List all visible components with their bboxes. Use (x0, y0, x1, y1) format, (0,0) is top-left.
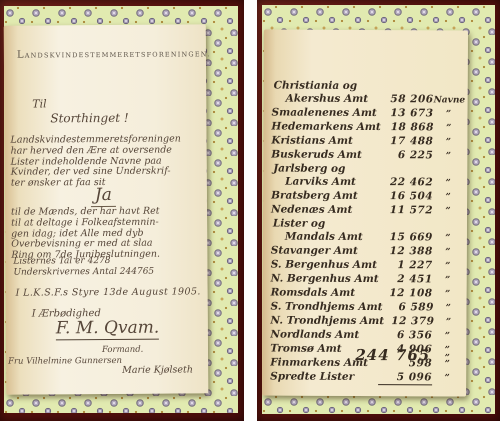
total-unit-ditto: ” (432, 352, 462, 365)
tally-sheet: Christiania og Akershus Amt 58 206 Navne… (262, 29, 468, 396)
scanned-document-spread: LANDSKVINDESTEMMERETSFORENINGEN. Til Sto… (0, 0, 500, 421)
unit-ditto: ” (434, 316, 462, 329)
signature-title: Formand. (102, 345, 143, 355)
salutation-line2: Storthinget ! (50, 111, 128, 126)
list-row: Smaalenenes Amt 13 673 ” (271, 107, 463, 122)
list-row: Spredte Lister 5 096 ” (270, 371, 462, 386)
county-group-prefix: Jarlsberg og (271, 163, 463, 177)
signature-count: 1 227 (379, 259, 433, 272)
unit-ditto: Navne (434, 94, 464, 107)
signature-qvam: F. M. Qvam. (56, 318, 160, 341)
counts-lines: Listernes Tal er 4278 Underskrivernes An… (13, 256, 154, 279)
letter-sheet: LANDSKVINDESTEMMERETSFORENINGEN. Til Sto… (4, 24, 209, 394)
list-row: Mandals Amt 15 669 ” (271, 231, 463, 246)
county-name: Smaalenenes Amt (271, 107, 379, 121)
list-entry: Christiania og Akershus Amt 58 206 Navne (272, 80, 464, 108)
list-row: Romsdals Amt 12 108 ” (271, 287, 463, 302)
letterhead: LANDSKVINDESTEMMERETSFORENINGEN. (17, 48, 211, 60)
signature-count: 13 673 (379, 107, 433, 120)
unit-ditto: ” (433, 260, 463, 273)
list-row: Nordlands Amt 6 356 ” (270, 329, 462, 344)
signature-count: 15 669 (379, 231, 433, 244)
signature-count: 22 462 (379, 176, 433, 189)
total-signatures: 244 765 (355, 348, 432, 362)
signature-count: 58 206 (380, 93, 434, 106)
county-name: Mandals Amt (271, 231, 379, 245)
list-entry: Nedenæs Amt 11 572 ” (271, 204, 463, 219)
list-entry: Stavanger Amt 12 388 ” (271, 245, 463, 260)
signature-count: 12 379 (384, 315, 434, 328)
signature-count: 18 868 (381, 121, 434, 134)
list-row: Buskeruds Amt 6 225 ” (271, 149, 463, 164)
list-row: Larviks Amt 22 462 ” (271, 176, 463, 191)
dateline: I L.K.S.F.s Styre 13de August 1905. (16, 286, 201, 298)
list-entry: Spredte Lister 5 096 ” (270, 371, 462, 386)
list-entry: Nordlands Amt 6 356 ” (270, 329, 462, 344)
unit-ditto: ” (433, 232, 463, 245)
body-paragraph-2: til de Mænds, der har havt Ret til at de… (11, 206, 201, 261)
county-name: N. Bergenhus Amt (271, 273, 379, 287)
county-name: Kristians Amt (271, 135, 379, 149)
list-row: Kristians Amt 17 488 ” (271, 135, 463, 150)
unit-ditto: ” (432, 372, 462, 385)
county-name: Larviks Amt (271, 176, 379, 190)
list-entry: Jarlsberg og Larviks Amt 22 462 ” (271, 163, 463, 191)
unit-ditto: ” (433, 246, 463, 259)
list-entry: Lister og Mandals Amt 15 669 ” (271, 218, 463, 246)
list-row: Stavanger Amt 12 388 ” (271, 245, 463, 260)
county-name: Akershus Amt (272, 93, 380, 107)
unit-ditto: ” (433, 205, 463, 218)
county-group-prefix: Lister og (271, 218, 463, 232)
signature-count: 6 356 (378, 329, 432, 342)
left-page-photo: LANDSKVINDESTEMMERETSFORENINGEN. Til Sto… (0, 0, 244, 421)
list-entry: Kristians Amt 17 488 ” (271, 135, 463, 150)
list-entry: S. Bergenhus Amt 1 227 ” (271, 259, 463, 274)
county-name: Hedemarkens Amt (271, 121, 380, 135)
unit-ditto: ” (433, 288, 463, 301)
signature-count: 5 096 (378, 371, 432, 385)
signature-count: 6 225 (379, 149, 433, 162)
list-entry: Romsdals Amt 12 108 ” (271, 287, 463, 302)
list-row: S. Trondhjems Amt 6 589 ” (270, 301, 462, 316)
list-row: S. Bergenhus Amt 1 227 ” (271, 259, 463, 274)
county-name: S. Bergenhus Amt (271, 259, 379, 273)
list-row: Bratsberg Amt 16 504 ” (271, 190, 463, 205)
ja-word: Ja (91, 185, 116, 207)
unit-ditto: ” (433, 136, 463, 149)
list-entry: Bratsberg Amt 16 504 ” (271, 190, 463, 205)
unit-ditto: ” (432, 330, 462, 343)
signature-count: 17 488 (379, 135, 433, 148)
signature-count: 11 572 (379, 204, 433, 217)
list-row: Akershus Amt 58 206 Navne (272, 93, 464, 108)
list-row: N. Trondhjems Amt 12 379 ” (270, 315, 462, 330)
list-entry: Buskeruds Amt 6 225 ” (271, 149, 463, 164)
signature-count: 12 108 (379, 287, 433, 300)
unit-ditto: ” (434, 302, 463, 315)
county-name: Nedenæs Amt (271, 204, 379, 218)
unit-ditto: ” (433, 150, 463, 163)
county-group-prefix: Christiania og (272, 80, 464, 94)
total-row: 244 765 ” (270, 348, 462, 366)
body-paragraph-1: Landskvindestemmeretsforeningen har herv… (10, 134, 200, 189)
unit-ditto: ” (433, 108, 463, 121)
county-signature-list: Christiania og Akershus Amt 58 206 Navne… (270, 80, 464, 386)
county-name: Romsdals Amt (271, 287, 379, 301)
county-name: N. Trondhjems Amt (270, 315, 384, 329)
signature-left: Fru Vilhelmine Gunnersen (8, 356, 122, 367)
list-entry: Hedemarkens Amt 18 868 ” (271, 121, 463, 136)
list-entry: S. Trondhjems Amt 6 589 ” (270, 301, 462, 316)
right-page-photo: Christiania og Akershus Amt 58 206 Navne… (257, 0, 500, 421)
signature-count: 12 388 (379, 245, 433, 258)
list-row: Hedemarkens Amt 18 868 ” (271, 121, 463, 136)
list-entry: Smaalenenes Amt 13 673 ” (271, 107, 463, 122)
signature-count: 6 589 (382, 301, 434, 314)
county-name: Buskeruds Amt (271, 149, 379, 163)
unit-ditto: ” (434, 122, 464, 135)
signature-right: Marie Kjølseth (122, 364, 193, 375)
county-name: Spredte Lister (270, 371, 378, 385)
list-entry: N. Bergenhus Amt 2 451 ” (271, 273, 463, 288)
list-row: N. Bergenhus Amt 2 451 ” (271, 273, 463, 288)
county-name: S. Trondhjems Amt (270, 301, 382, 315)
county-name: Bratsberg Amt (271, 190, 379, 204)
unit-ditto: ” (433, 191, 463, 204)
unit-ditto: ” (433, 177, 463, 190)
county-name: Nordlands Amt (270, 329, 378, 343)
list-row: Nedenæs Amt 11 572 ” (271, 204, 463, 219)
signature-count: 16 504 (379, 190, 433, 203)
salutation-line1: Til (32, 97, 46, 110)
unit-ditto: ” (433, 274, 463, 287)
list-entry: N. Trondhjems Amt 12 379 ” (270, 315, 462, 330)
county-name: Stavanger Amt (271, 245, 379, 259)
signature-count: 2 451 (379, 273, 433, 286)
